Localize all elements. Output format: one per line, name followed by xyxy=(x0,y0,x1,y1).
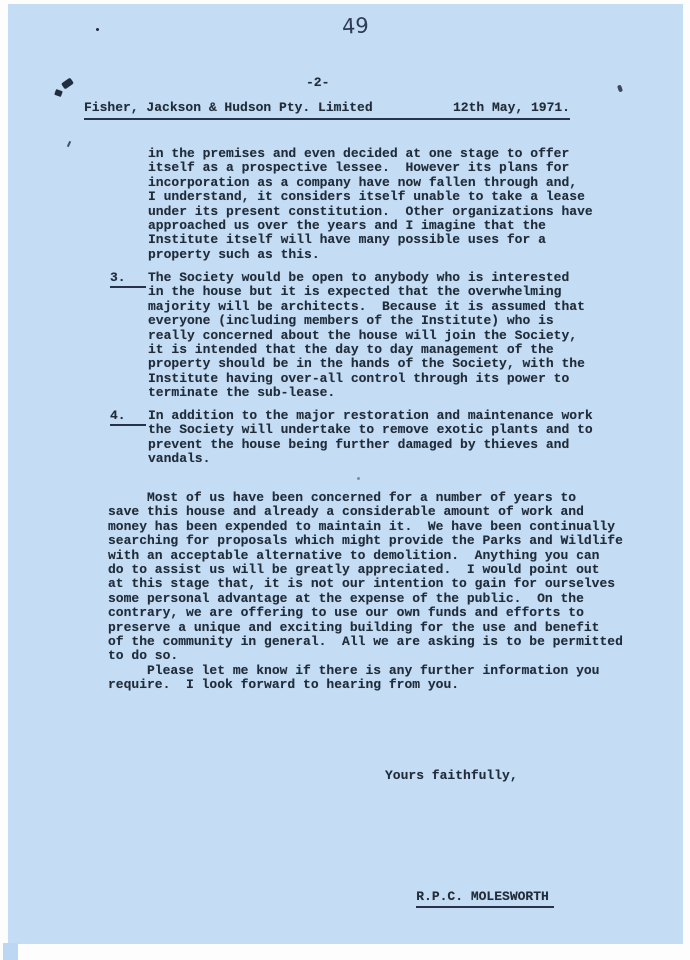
paragraph-closing-2: Please let me know if there is any furth… xyxy=(108,664,599,693)
scan-edge-fragment xyxy=(3,943,18,960)
ink-dot-middle xyxy=(357,477,360,480)
scanned-letter-page-2: 49 -2- Fisher, Jackson & Hudson Pty. Lim… xyxy=(0,0,690,960)
signature-name-text: R.P.C. MOLESWORTH xyxy=(416,889,554,908)
paragraph-item-3: The Society would be open to anybody who… xyxy=(148,271,585,401)
paragraph-closing-1: Most of us have been concerned for a num… xyxy=(108,491,623,664)
signature-name: R.P.C. MOLESWORTH xyxy=(385,876,554,919)
paragraph-continuation: in the premises and even decided at one … xyxy=(148,147,593,262)
paragraph-item-4: In addition to the major restoration and… xyxy=(148,409,593,467)
letter-paper xyxy=(8,4,683,944)
item-4-number: 4. xyxy=(110,409,146,426)
valediction: Yours faithfully, xyxy=(385,769,518,783)
addressee-name: Fisher, Jackson & Hudson Pty. Limited xyxy=(84,101,373,115)
letter-date: 12th May, 1971. xyxy=(453,101,570,115)
ink-speck-top xyxy=(96,28,99,31)
item-3-number: 3. xyxy=(110,271,146,288)
letter-header: Fisher, Jackson & Hudson Pty. Limited 12… xyxy=(84,101,570,120)
handwritten-page-number: 49 xyxy=(341,13,369,38)
typed-page-number: -2- xyxy=(306,76,329,90)
